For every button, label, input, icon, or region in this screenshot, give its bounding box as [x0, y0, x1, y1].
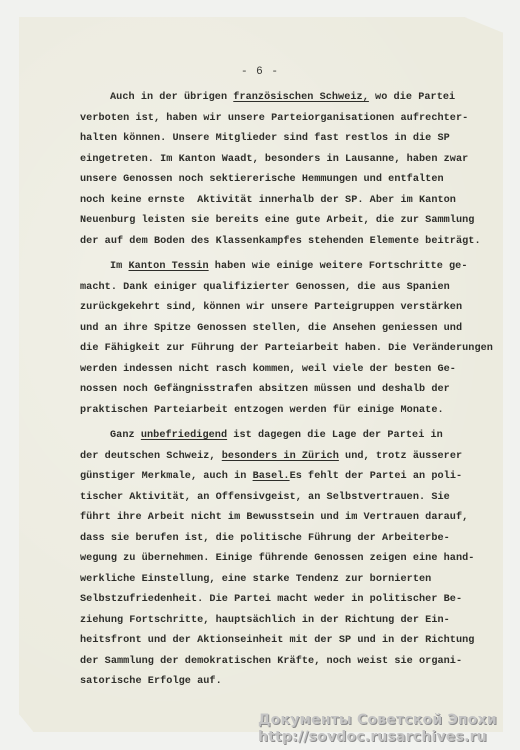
text-line: Selbstzufriedenheit. Die Partei macht we…	[80, 590, 480, 611]
text-run: praktischen Parteiarbeit entzogen werden…	[80, 405, 444, 416]
text-line: praktischen Parteiarbeit entzogen werden…	[80, 401, 480, 422]
document-body: Auch in der übrigen französischen Schwei…	[80, 88, 480, 693]
text-run: eingetreten. Im Kanton Waadt, besonders …	[80, 154, 468, 165]
text-run: und an ihre Spitze Genossen stellen, die…	[80, 323, 462, 334]
text-line: Auch in der übrigen französischen Schwei…	[80, 88, 480, 109]
text-line: der auf dem Boden des Klassenkampfes ste…	[80, 232, 480, 253]
page-number: - 6 -	[0, 66, 520, 78]
text-run: führt ihre Arbeit nicht im Bewusstsein u…	[80, 512, 468, 523]
text-run: werden indessen nicht rasch kommen, weil…	[80, 364, 456, 375]
text-line: Neuenburg leisten sie bereits eine gute …	[80, 211, 480, 232]
watermark-url: http://sovdoc.rusarchives.ru	[258, 729, 520, 746]
text-line: satorische Erfolge auf.	[80, 672, 480, 693]
text-line: werkliche Einstellung, eine starke Tende…	[80, 570, 480, 591]
text-line: dass sie berufen ist, die politische Füh…	[80, 529, 480, 550]
underlined-phrase: Basel.	[253, 471, 290, 482]
text-run: Selbstzufriedenheit. Die Partei macht we…	[80, 594, 462, 605]
text-line: noch keine ernste Aktivität innerhalb de…	[80, 191, 480, 212]
text-run: tischer Aktivität, an Offensivgeist, an …	[80, 492, 450, 503]
text-run: wegung zu übernehmen. Einige führende Ge…	[80, 553, 474, 564]
text-run: der deutschen Schweiz,	[80, 451, 222, 462]
text-line: unsere Genossen noch sektiererische Hemm…	[80, 170, 480, 191]
underlined-phrase: besonders in Zürich	[222, 451, 339, 462]
text-line: nossen noch Gefängnisstrafen absitzen mü…	[80, 380, 480, 401]
text-line: und an ihre Spitze Genossen stellen, die…	[80, 319, 480, 340]
text-run: Es fehlt der Partei an poli-	[290, 471, 463, 482]
watermark-title: Документы Советской Эпохи	[258, 712, 520, 729]
text-line: der deutschen Schweiz, besonders in Züri…	[80, 447, 480, 468]
text-line: wegung zu übernehmen. Einige führende Ge…	[80, 549, 480, 570]
underlined-phrase: Kanton Tessin	[129, 261, 209, 272]
text-run: noch keine ernste Aktivität innerhalb de…	[80, 195, 456, 206]
text-line: der Sammlung der demokratischen Kräfte, …	[80, 652, 480, 673]
text-line: halten können. Unsere Mitglieder sind fa…	[80, 129, 480, 150]
text-run: ist dagegen die Lage der Partei in	[227, 430, 443, 441]
text-line: eingetreten. Im Kanton Waadt, besonders …	[80, 150, 480, 171]
archive-watermark: Документы Советской Эпохи http://sovdoc.…	[258, 712, 520, 746]
underlined-phrase: unbefriedigend	[141, 430, 227, 441]
text-run: Neuenburg leisten sie bereits eine gute …	[80, 215, 474, 226]
text-run: Im	[110, 261, 129, 272]
text-line: verboten ist, haben wir unsere Parteiorg…	[80, 109, 480, 130]
text-line: zurückgekehrt sind, können wir unsere Pa…	[80, 298, 480, 319]
text-line: die Fähigkeit zur Führung der Parteiarbe…	[80, 339, 480, 360]
text-run: zurückgekehrt sind, können wir unsere Pa…	[80, 302, 462, 313]
text-run: der Sammlung der demokratischen Kräfte, …	[80, 656, 462, 667]
text-run: werkliche Einstellung, eine starke Tende…	[80, 574, 431, 585]
text-run: verboten ist, haben wir unsere Parteiorg…	[80, 113, 468, 124]
text-run: Ganz	[110, 430, 141, 441]
text-run: wo die Partei	[369, 92, 455, 103]
text-run: ziehung Fortschritte, hauptsächlich in d…	[80, 615, 450, 626]
text-line: heitsfront und der Aktionseinheit mit de…	[80, 631, 480, 652]
text-run: dass sie berufen ist, die politische Füh…	[80, 533, 450, 544]
text-run: die Fähigkeit zur Führung der Parteiarbe…	[80, 343, 493, 354]
text-line: Im Kanton Tessin haben wie einige weiter…	[80, 257, 480, 278]
text-line: günstiger Merkmale, auch in Basel.Es feh…	[80, 467, 480, 488]
text-run: macht. Dank einiger qualifizierter Genos…	[80, 282, 450, 293]
text-run: satorische Erfolge auf.	[80, 676, 222, 687]
text-run: heitsfront und der Aktionseinheit mit de…	[80, 635, 474, 646]
text-run: unsere Genossen noch sektiererische Hemm…	[80, 174, 444, 185]
text-line: führt ihre Arbeit nicht im Bewusstsein u…	[80, 508, 480, 529]
text-line: werden indessen nicht rasch kommen, weil…	[80, 360, 480, 381]
text-run: haben wie einige weitere Fortschritte ge…	[209, 261, 468, 272]
text-run: halten können. Unsere Mitglieder sind fa…	[80, 133, 450, 144]
text-line: ziehung Fortschritte, hauptsächlich in d…	[80, 611, 480, 632]
text-run: nossen noch Gefängnisstrafen absitzen mü…	[80, 384, 450, 395]
text-run: Auch in der übrigen	[110, 92, 233, 103]
text-run: der auf dem Boden des Klassenkampfes ste…	[80, 236, 481, 247]
text-line: Ganz unbefriedigend ist dagegen die Lage…	[80, 426, 480, 447]
text-line: tischer Aktivität, an Offensivgeist, an …	[80, 488, 480, 509]
text-line: macht. Dank einiger qualifizierter Genos…	[80, 278, 480, 299]
text-run: und, trotz äusserer	[339, 451, 462, 462]
underlined-phrase: französischen Schweiz,	[233, 92, 369, 103]
text-run: günstiger Merkmale, auch in	[80, 471, 253, 482]
